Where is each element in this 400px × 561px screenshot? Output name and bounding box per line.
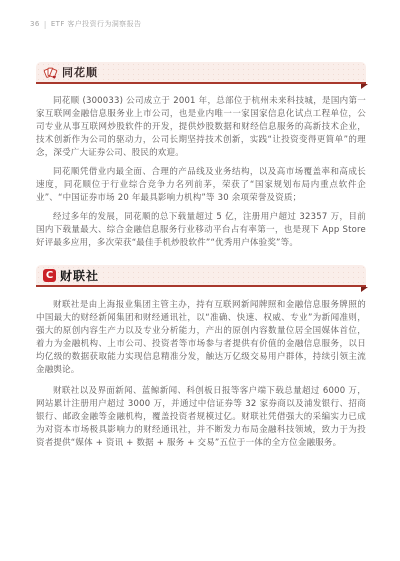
report-page: 36 | ETF 客户投资行为洞察报告 同花顺 同花顺 (300033) 公司成… xyxy=(0,0,400,561)
cailianshe-paragraph-2: 财联社以及界面新闻、蓝鲸新闻、科创板日报等客户端下载总量超过 6000 万，网站… xyxy=(36,385,366,450)
page-content: 同花顺 同花顺 (300033) 公司成立于 2001 年，总部位于杭州未来科技… xyxy=(36,62,366,450)
cailianshe-logo-text: 财联社 xyxy=(60,267,99,284)
page-number: 36 xyxy=(30,20,40,28)
report-title: ETF 客户投资行为洞察报告 xyxy=(51,19,142,29)
tonghuashun-banner: 同花顺 xyxy=(36,62,366,84)
tonghuashun-paragraph-3: 经过多年的发展，同花顺的总下载量超过 5 亿，注册用户超过 32357 万，目前… xyxy=(36,211,366,250)
section-cailianshe: C 财联社 财联社是由上海报业集团主管主办，持有互联网新闻牌照和金融信息服务牌照… xyxy=(36,265,366,450)
cailianshe-paragraph-1: 财联社是由上海报业集团主管主办，持有互联网新闻牌照和金融信息服务牌照的中国最大的… xyxy=(36,299,366,377)
cailianshe-banner: C 财联社 xyxy=(36,265,366,287)
cailianshe-c-badge-icon: C xyxy=(43,269,56,282)
tonghuashun-logo-text: 同花顺 xyxy=(62,64,98,80)
tonghuashun-paragraph-2: 同花顺凭借业内最全面、合理的产品线及业务结构，以及高市场覆盖率和高成长速度，同花… xyxy=(36,166,366,205)
tonghuashun-card-fan-icon xyxy=(43,65,58,80)
page-header: 36 | ETF 客户投资行为洞察报告 xyxy=(30,19,141,29)
section-tonghuashun: 同花顺 同花顺 (300033) 公司成立于 2001 年，总部位于杭州未来科技… xyxy=(36,62,366,250)
tonghuashun-paragraph-1: 同花顺 (300033) 公司成立于 2001 年，总部位于杭州未来科技城，是国… xyxy=(36,95,366,160)
header-divider: | xyxy=(44,20,47,29)
